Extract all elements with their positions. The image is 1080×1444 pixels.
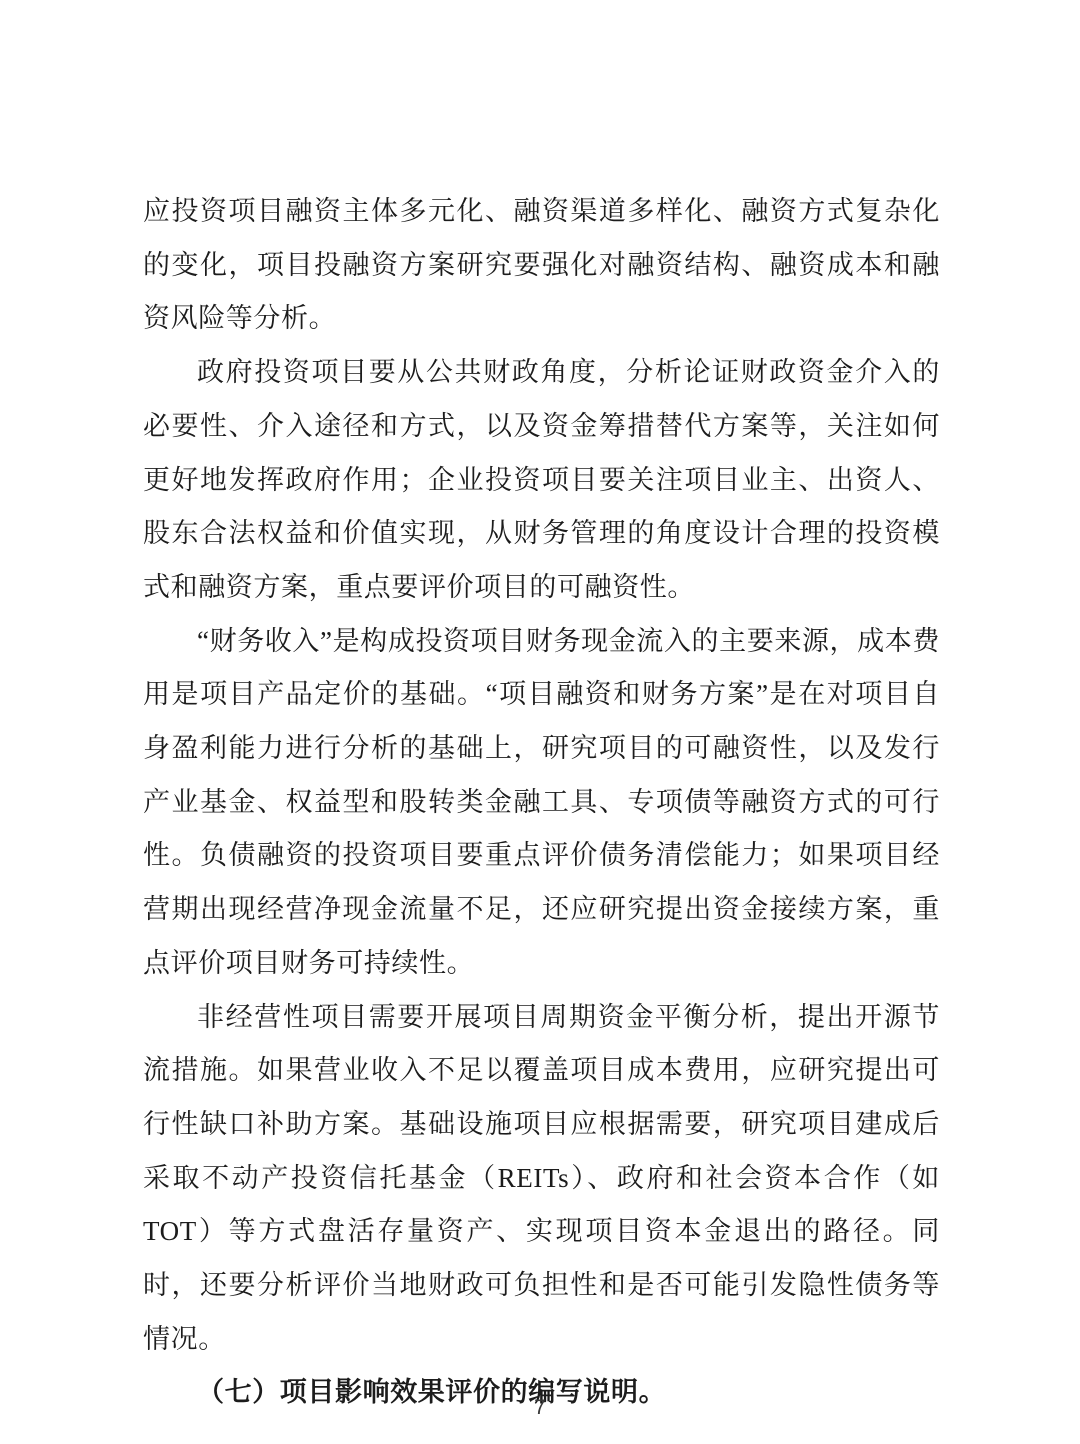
- body-paragraph: “财务收入”是构成投资项目财务现金流入的主要来源，成本费用是项目产品定价的基础。…: [143, 615, 940, 991]
- body-paragraph-continuation: 应投资项目融资主体多元化、融资渠道多样化、融资方式复杂化的变化，项目投融资方案研…: [143, 185, 940, 346]
- page-number: 7: [0, 1396, 1080, 1420]
- body-paragraph: 政府投资项目要从公共财政角度，分析论证财政资金介入的必要性、介入途径和方式，以及…: [143, 346, 940, 615]
- document-page: 应投资项目融资主体多元化、融资渠道多样化、融资方式复杂化的变化，项目投融资方案研…: [0, 0, 1080, 1444]
- body-paragraph: 非经营性项目需要开展项目周期资金平衡分析，提出开源节流措施。如果营业收入不足以覆…: [143, 991, 940, 1367]
- document-text-block: 应投资项目融资主体多元化、融资渠道多样化、融资方式复杂化的变化，项目投融资方案研…: [143, 185, 940, 1420]
